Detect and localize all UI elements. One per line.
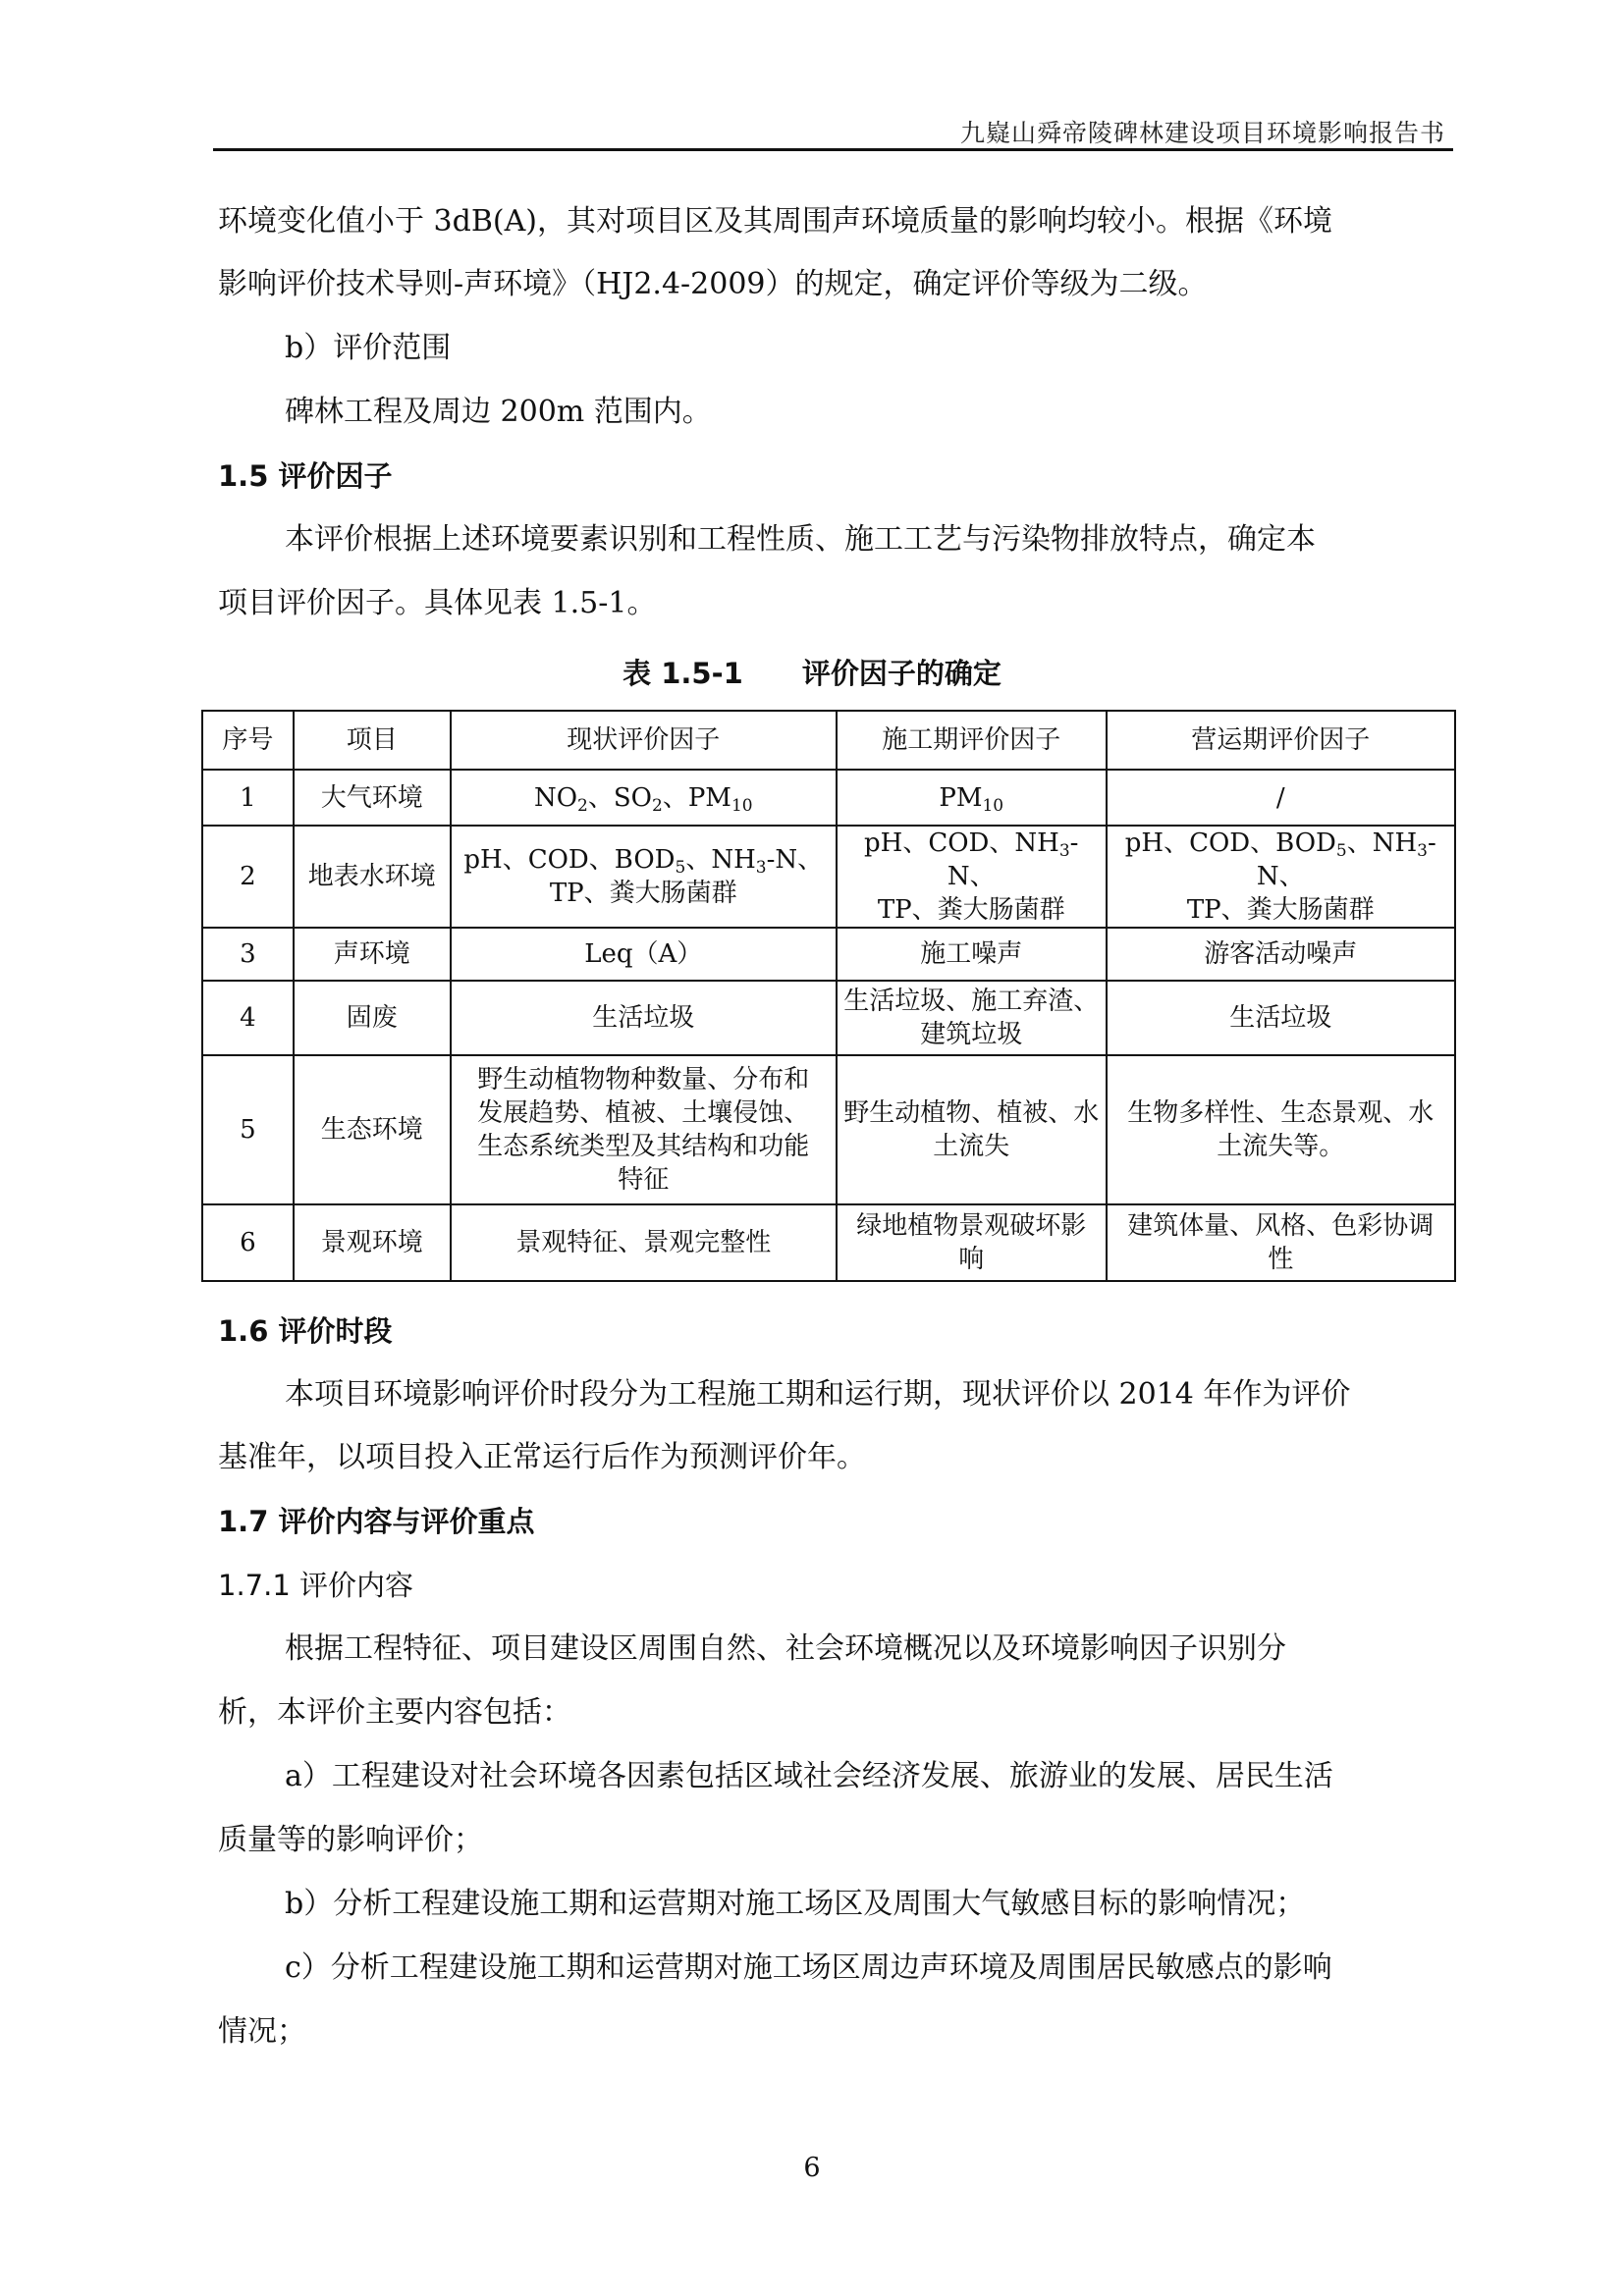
cell-construction: 绿地植物景观破坏影响 [837, 1204, 1107, 1281]
section-heading-1-5: 1.5 评价因子 [218, 458, 1453, 494]
list-item-a: a）工程建设对社会环境各因素包括区域社会经济发展、旅游业的发展、居民生活 [285, 1759, 1520, 1794]
report-title: 九嶷山舜帝陵碑林建设项目环境影响报告书 [960, 114, 1445, 149]
cell-current: pH、COD、BOD5、NH3-N、TP、粪大肠菌群 [451, 826, 837, 928]
cell-no: 5 [202, 1055, 294, 1204]
cell-item: 生态环境 [294, 1055, 451, 1204]
cell-construction: 野生动植物、植被、水土流失 [837, 1055, 1107, 1204]
paragraph-line: 根据工程特征、项目建设区周围自然、社会环境概况以及环境影响因子识别分 [285, 1631, 1520, 1667]
table-row: 6 景观环境 景观特征、景观完整性 绿地植物景观破坏影响 建筑体量、风格、色彩协… [202, 1204, 1455, 1281]
table-caption-title: 评价因子的确定 [802, 657, 1001, 690]
cell-current: 景观特征、景观完整性 [451, 1204, 837, 1281]
cell-construction: 生活垃圾、施工弃渣、建筑垃圾 [837, 981, 1107, 1055]
cell-item: 景观环境 [294, 1204, 451, 1281]
paragraph-line: 基准年，以项目投入正常运行后作为预测评价年。 [218, 1440, 1453, 1475]
table-row: 2 地表水环境 pH、COD、BOD5、NH3-N、TP、粪大肠菌群 pH、CO… [202, 826, 1455, 928]
cell-current: NO2、SO2、PM10 [451, 770, 837, 826]
cell-no: 3 [202, 928, 294, 981]
paragraph-line: 项目评价因子。具体见表 1.5-1。 [218, 586, 1453, 621]
cell-operation: pH、COD、BOD5、NH3-N、TP、粪大肠菌群 [1107, 826, 1455, 928]
list-item-b: b）分析工程建设施工期和运营期对施工场区及周围大气敏感目标的影响情况； [285, 1887, 1520, 1922]
cell-current: 野生动植物物种数量、分布和发展趋势、植被、土壤侵蚀、生态系统类型及其结构和功能特… [451, 1055, 837, 1204]
paragraph-line: 本评价根据上述环境要素识别和工程性质、施工工艺与污染物排放特点，确定本 [285, 522, 1520, 558]
section-heading-1-6: 1.6 评价时段 [218, 1313, 1453, 1349]
column-header: 序号 [202, 711, 294, 770]
paragraph-line: 环境变化值小于 3dB(A)，其对项目区及其周围声环境质量的影响均较小。根据《环… [218, 204, 1453, 240]
cell-item: 大气环境 [294, 770, 451, 826]
column-header: 现状评价因子 [451, 711, 837, 770]
paragraph-line: 影响评价技术导则-声环境》（HJ2.4-2009）的规定，确定评价等级为二级。 [218, 267, 1453, 302]
column-header: 施工期评价因子 [837, 711, 1107, 770]
cell-operation: 生活垃圾 [1107, 981, 1455, 1055]
cell-current: Leq（A） [451, 928, 837, 981]
page-number: 6 [0, 2153, 1624, 2183]
cell-operation: 生物多样性、生态景观、水土流失等。 [1107, 1055, 1455, 1204]
cell-construction: PM10 [837, 770, 1107, 826]
paragraph-line: 析，本评价主要内容包括： [218, 1695, 1453, 1731]
evaluation-factors-table: 序号 项目 现状评价因子 施工期评价因子 营运期评价因子 1 大气环境 NO2、… [201, 710, 1456, 1282]
table-caption-number: 表 1.5-1 [623, 657, 743, 690]
sub-heading-scope: b）评价范围 [285, 331, 1520, 366]
cell-construction: 施工噪声 [837, 928, 1107, 981]
cell-no: 1 [202, 770, 294, 826]
table-caption: 表 1.5-1评价因子的确定 [0, 652, 1624, 692]
section-heading-1-7: 1.7 评价内容与评价重点 [218, 1504, 1453, 1539]
cell-current: 生活垃圾 [451, 981, 837, 1055]
table-header-row: 序号 项目 现状评价因子 施工期评价因子 营运期评价因子 [202, 711, 1455, 770]
table-row: 3 声环境 Leq（A） 施工噪声 游客活动噪声 [202, 928, 1455, 981]
cell-no: 2 [202, 826, 294, 928]
table-row: 5 生态环境 野生动植物物种数量、分布和发展趋势、植被、土壤侵蚀、生态系统类型及… [202, 1055, 1455, 1204]
list-item-c: c）分析工程建设施工期和运营期对施工场区周边声环境及周围居民敏感点的影响 [285, 1950, 1520, 1986]
paragraph-line: 本项目环境影响评价时段分为工程施工期和运行期，现状评价以 2014 年作为评价 [285, 1377, 1520, 1413]
header-divider [213, 148, 1453, 151]
list-item-a-continued: 质量等的影响评价； [218, 1823, 1453, 1858]
table-row: 1 大气环境 NO2、SO2、PM10 PM10 / [202, 770, 1455, 826]
list-item-c-continued: 情况； [218, 2014, 1453, 2050]
cell-operation: 游客活动噪声 [1107, 928, 1455, 981]
cell-operation: / [1107, 770, 1455, 826]
scope-text: 碑林工程及周边 200m 范围内。 [285, 395, 1520, 430]
cell-item: 地表水环境 [294, 826, 451, 928]
cell-construction: pH、COD、NH3-N、TP、粪大肠菌群 [837, 826, 1107, 928]
table-row: 4 固废 生活垃圾 生活垃圾、施工弃渣、建筑垃圾 生活垃圾 [202, 981, 1455, 1055]
column-header: 项目 [294, 711, 451, 770]
cell-no: 4 [202, 981, 294, 1055]
column-header: 营运期评价因子 [1107, 711, 1455, 770]
cell-operation: 建筑体量、风格、色彩协调性 [1107, 1204, 1455, 1281]
subsection-heading-1-7-1: 1.7.1 评价内容 [218, 1568, 1453, 1603]
cell-item: 声环境 [294, 928, 451, 981]
cell-no: 6 [202, 1204, 294, 1281]
cell-item: 固废 [294, 981, 451, 1055]
